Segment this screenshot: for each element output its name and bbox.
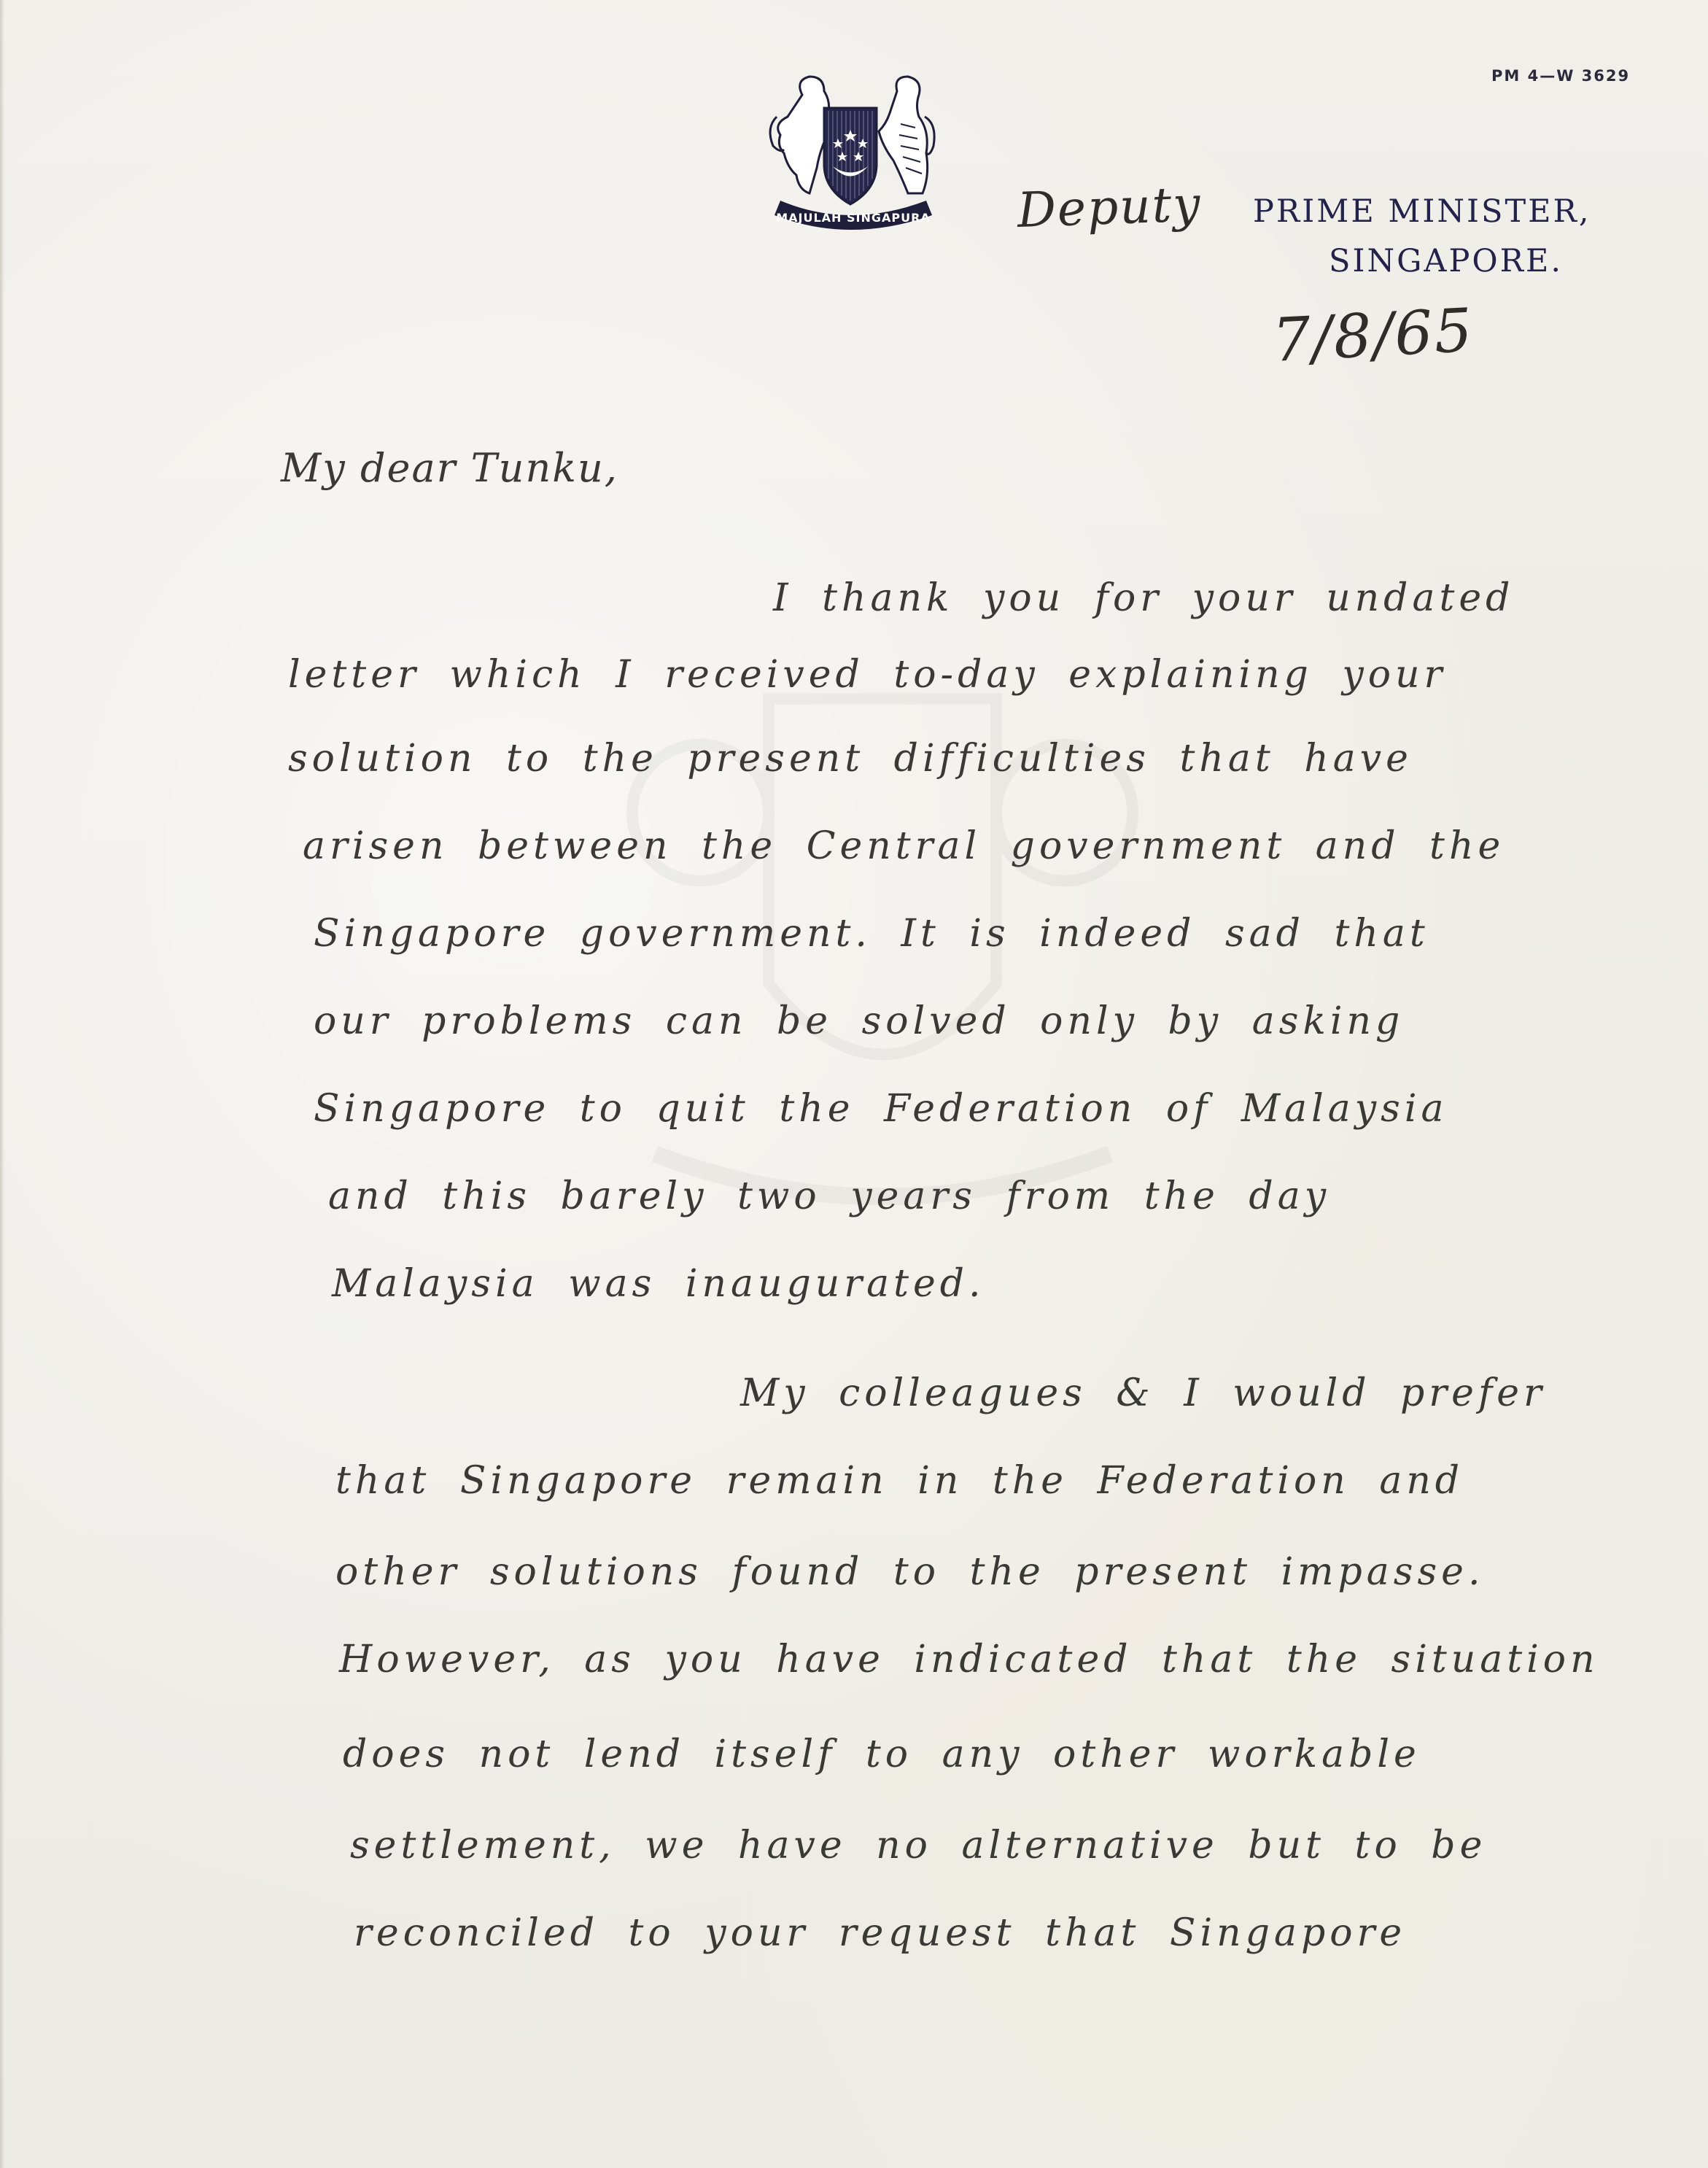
body-line: letter which I received to-day explainin… [288,653,1446,697]
letter-date: 7/8/65 [1271,296,1476,376]
letterhead-title: PRIME MINISTER, [1253,193,1591,230]
body-line: our problems can be solved only by askin… [314,999,1404,1043]
salutation: My dear Tunku, [281,445,618,491]
body-line: Singapore to quit the Federation of Mala… [314,1087,1448,1131]
body-line: and this barely two years from the day [328,1174,1330,1218]
body-line: settlement, we have no alternative but t… [350,1824,1486,1867]
coat-of-arms-icon: MAJULAH SINGAPURA [751,66,948,233]
body-line: However, as you have indicated that the … [339,1638,1599,1681]
crest-motto: MAJULAH SINGAPURA [776,211,931,225]
body-line: that Singapore remain in the Federation … [335,1459,1464,1503]
body-line: reconciled to your request that Singapor… [354,1911,1406,1955]
body-line: arisen between the Central government an… [303,824,1505,868]
body-line: solution to the present difficulties tha… [288,737,1413,781]
form-code: PM 4—W 3629 [1491,67,1630,85]
body-line: Malaysia was inaugurated. [332,1262,985,1306]
page-edge [0,0,4,2168]
body-line: other solutions found to the present imp… [335,1550,1484,1594]
body-line: Singapore government. It is indeed sad t… [314,912,1429,956]
deputy-annotation: Deputy [1017,176,1203,239]
body-line: does not lend itself to any other workab… [343,1733,1421,1776]
letterhead-place: SINGAPORE. [1329,243,1563,279]
body-line: My colleagues & I would prefer [740,1371,1546,1415]
body-line: I thank you for your undated [773,576,1514,620]
